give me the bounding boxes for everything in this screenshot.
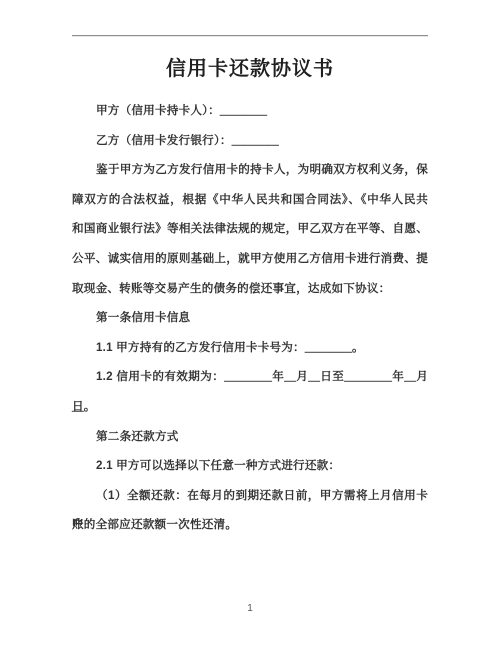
text-line: 障双方的合法权益，根据《中华人民共和国合同法》、《中华人民共 <box>72 185 428 215</box>
document-page: 信用卡还款协议书 甲方（信用卡持卡人）：＿＿＿＿乙方（信用卡发行银行）：＿＿＿＿… <box>0 0 500 647</box>
document-body: 甲方（信用卡持卡人）：＿＿＿＿乙方（信用卡发行银行）：＿＿＿＿鉴于甲方为乙方发行… <box>72 96 428 540</box>
text-line: 2.1 甲方可以选择以下任意一种方式进行还款： <box>72 451 428 481</box>
text-line: 取现金、转账等交易产生的债务的偿还事宜，达成如下协议： <box>72 274 428 304</box>
text-line: 1.1 甲方持有的乙方发行信用卡卡号为：＿＿＿＿。 <box>72 333 428 363</box>
text-line: 日。 <box>72 392 428 422</box>
text-line: 鉴于甲方为乙方发行信用卡的持卡人，为明确双方权利义务，保 <box>72 155 428 185</box>
text-line: 乙方（信用卡发行银行）：＿＿＿＿ <box>72 126 428 156</box>
page-number: 1 <box>0 603 500 614</box>
text-line: 1.2 信用卡的有效期为：＿＿＿＿年＿月＿日至＿＿＿＿年＿月＿ <box>72 362 428 392</box>
text-line: 第一条信用卡信息 <box>72 303 428 333</box>
document-title: 信用卡还款协议书 <box>0 52 500 81</box>
text-line: 户的全部应还款额一次性还清。 <box>72 510 428 540</box>
text-line: 甲方（信用卡持卡人）：＿＿＿＿ <box>72 96 428 126</box>
text-line: 公平、诚实信用的原则基础上，就甲方使用乙方信用卡进行消费、提 <box>72 244 428 274</box>
header-divider-line <box>72 35 428 36</box>
text-line: 第二条还款方式 <box>72 422 428 452</box>
text-line: 和国商业银行法》等相关法律法规的规定，甲乙双方在平等、自愿、 <box>72 214 428 244</box>
text-line: （1）全额还款：在每月的到期还款日前，甲方需将上月信用卡账 <box>72 481 428 511</box>
